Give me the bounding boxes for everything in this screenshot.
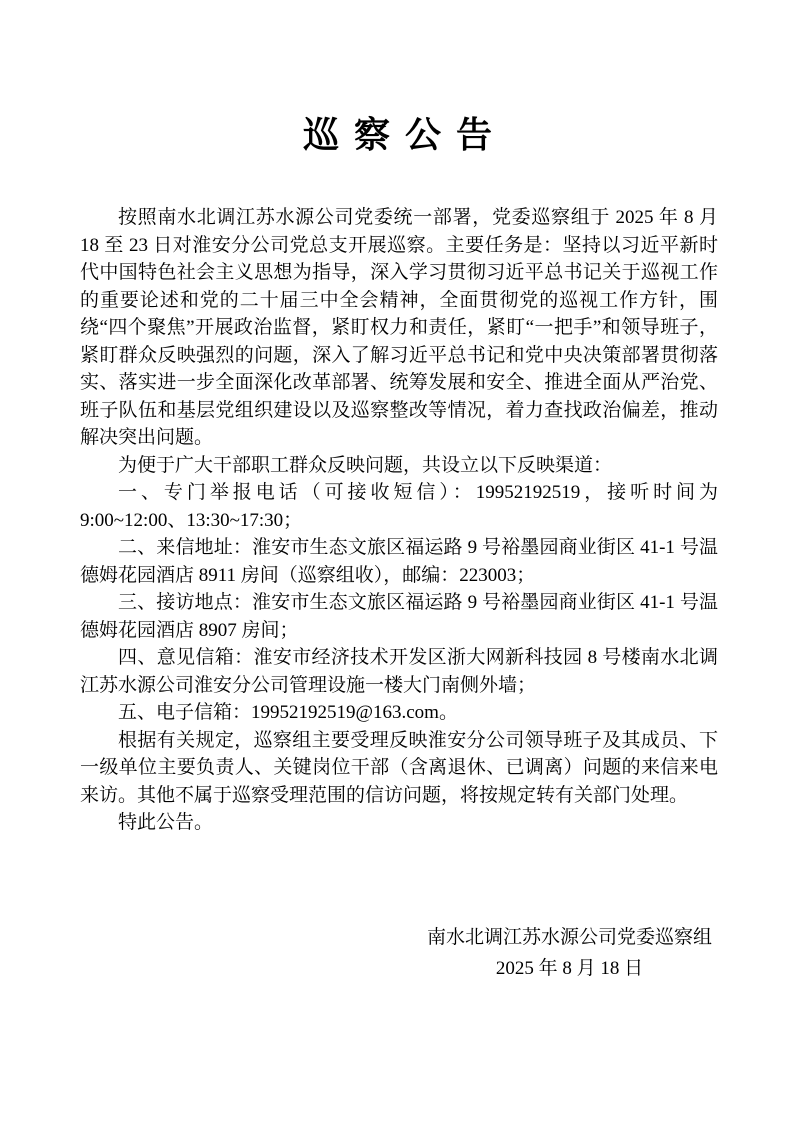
paragraph-channel-suggestion-box: 四、意见信箱：淮安市经济技术开发区浙大网新科技园 8 号楼南水北调江苏水源公司淮…: [80, 644, 718, 699]
paragraph-intro: 按照南水北调江苏水源公司党委统一部署，党委巡察组于 2025 年 8 月 18 …: [80, 204, 718, 452]
document-title: 巡 察 公 告: [80, 112, 718, 158]
paragraph-channel-visit-location: 三、接访地点：淮安市生态文旅区福运路 9 号裕墨园商业街区 41-1 号温德姆花…: [80, 589, 718, 644]
signature-inner: 南水北调江苏水源公司党委巡察组 2025 年 8 月 18 日: [427, 922, 712, 984]
notice-page: 巡 察 公 告 按照南水北调江苏水源公司党委统一部署，党委巡察组于 2025 年…: [0, 0, 800, 1131]
paragraph-channel-email: 五、电子信箱：19952192519@163.com。: [80, 699, 718, 727]
paragraph-scope: 根据有关规定，巡察组主要受理反映淮安分公司领导班子及其成员、下一级单位主要负责人…: [80, 727, 718, 810]
document-body: 按照南水北调江苏水源公司党委统一部署，党委巡察组于 2025 年 8 月 18 …: [80, 204, 718, 837]
signature-organization: 南水北调江苏水源公司党委巡察组: [427, 922, 712, 953]
signature-block: 南水北调江苏水源公司党委巡察组 2025 年 8 月 18 日: [80, 922, 718, 984]
paragraph-channels-lead: 为便于广大干部职工群众反映问题，共设立以下反映渠道：: [80, 452, 718, 480]
paragraph-channel-phone: 一、专门举报电话（可接收短信）：19952192519，接听时间为 9:00~1…: [80, 479, 718, 534]
paragraph-closing: 特此公告。: [80, 809, 718, 837]
signature-date: 2025 年 8 月 18 日: [427, 953, 712, 984]
paragraph-channel-mail-address: 二、来信地址：淮安市生态文旅区福运路 9 号裕墨园商业街区 41-1 号温德姆花…: [80, 534, 718, 589]
